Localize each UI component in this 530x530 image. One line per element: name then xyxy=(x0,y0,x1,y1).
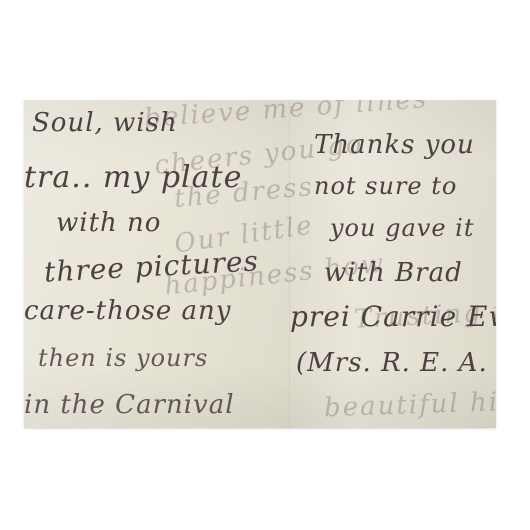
handwriting-line: care-those any xyxy=(24,296,231,326)
handwriting-line: with no xyxy=(56,208,161,238)
handwriting-line: you gave it xyxy=(330,214,474,242)
handwriting-signature: (Mrs. R. E. A. Land xyxy=(296,348,496,378)
ghost-handwriting-line: beautiful his xyxy=(324,387,496,424)
handwriting-line: Thanks you xyxy=(314,130,475,160)
handwriting-line: not sure to xyxy=(314,172,457,200)
handwriting-line: in the Carnival xyxy=(24,390,235,420)
handwriting-line: then is yours xyxy=(38,344,208,372)
handwriting-line: prei Carrie Ew xyxy=(290,300,496,333)
product-photo: believe me of lines cheers you go the dr… xyxy=(0,0,530,530)
handwriting-line: tra.. my plate xyxy=(24,160,242,195)
handwriting-line: with Brad xyxy=(324,258,463,288)
ghost-handwriting-line: believe me of lines xyxy=(143,100,429,134)
pillowcase: believe me of lines cheers you go the dr… xyxy=(24,100,496,428)
handwriting-line: Soul, wish xyxy=(32,108,178,138)
